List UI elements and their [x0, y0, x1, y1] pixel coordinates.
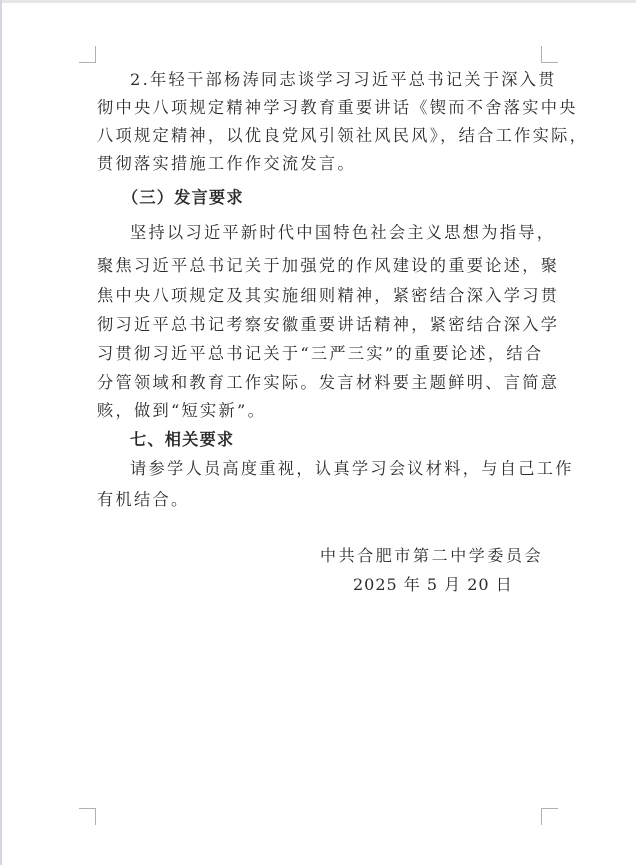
section3-line-5: 习贯彻习近平总书记关于“三严三实”的重要论述，结合 [97, 342, 541, 366]
item2-line-4: 贯彻落实措施工作作交流发言。 [97, 152, 541, 176]
crop-mark-top-right [541, 46, 558, 63]
section3-line-6: 分管领域和教育工作实际。发言材料要主题鲜明、言简意 [97, 371, 541, 395]
item2-line-2: 彻中央八项规定精神学习教育重要讲话《锲而不舍落实中央 [97, 96, 541, 120]
section3-line-2: 聚焦习近平总书记关于加强党的作风建设的重要论述，聚 [97, 254, 541, 278]
item2-line-3: 八项规定精神，以优良党风引领社风民风》，结合工作实际， [97, 124, 541, 148]
item2-line-1: 2.年轻干部杨涛同志谈学习习近平总书记关于深入贯 [130, 68, 541, 92]
section3-line-4: 彻习近平总书记考察安徽重要讲话精神，紧密结合深入学 [97, 313, 541, 337]
page-left-edge [0, 0, 2, 865]
crop-mark-bottom-left [79, 808, 96, 825]
section7-line-2: 有机结合。 [97, 488, 541, 512]
crop-mark-top-left [79, 46, 96, 63]
section3-line-7: 赅，做到“短实新”。 [97, 399, 541, 423]
signature-organization: 中共合肥市第二中学委员会 [320, 544, 543, 568]
section3-line-1: 坚持以习近平新时代中国特色社会主义思想为指导， [130, 221, 541, 245]
signature-date: 2025 年 5 月 20 日 [353, 573, 513, 597]
section3-heading: （三）发言要求 [122, 186, 533, 210]
section7-line-1: 请参学人员高度重视，认真学习会议材料，与自己工作 [130, 457, 541, 481]
section7-heading: 七、相关要求 [130, 428, 541, 452]
crop-mark-bottom-right [541, 808, 558, 825]
section3-line-3: 焦中央八项规定及其实施细则精神，紧密结合深入学习贯 [97, 284, 541, 308]
page-top-edge [0, 0, 636, 3]
